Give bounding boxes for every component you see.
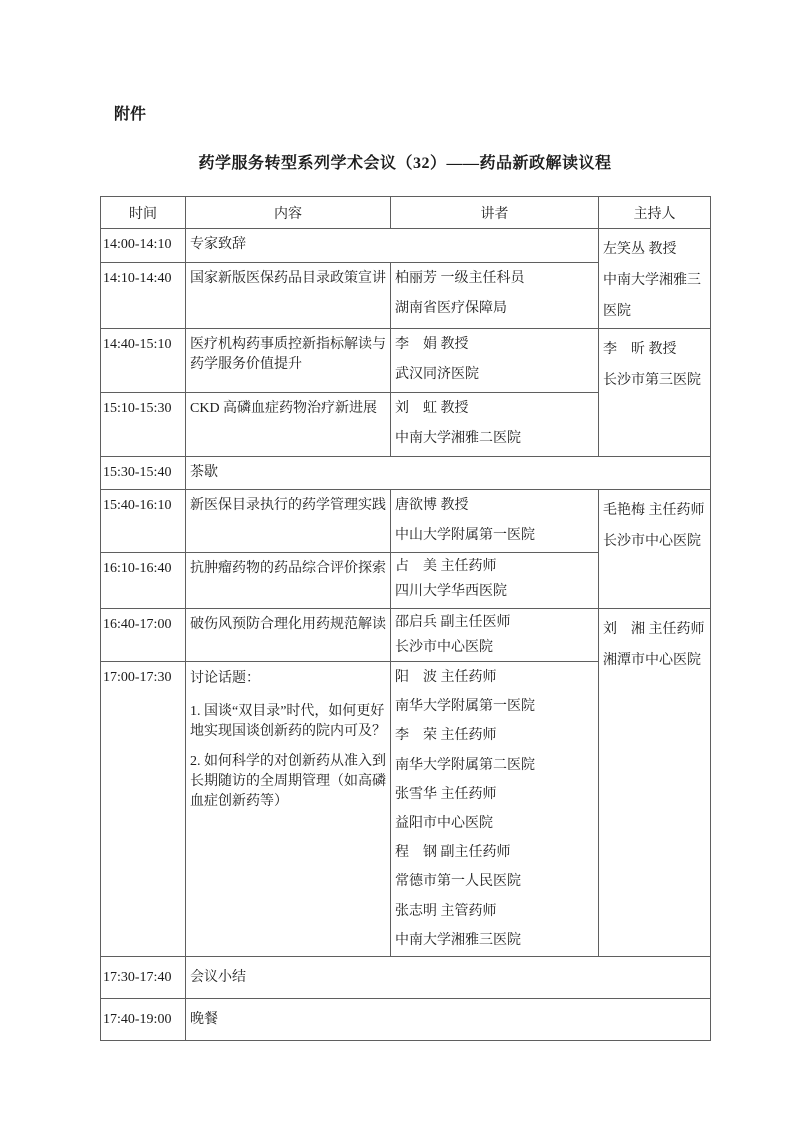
- time-cell: 14:40-15:10: [101, 329, 186, 393]
- host-cell: 毛艳梅 主任药师 长沙市中心医院: [599, 490, 711, 609]
- speaker-cell: 阳 波 主任药师 南华大学附属第一医院 李 荣 主任药师 南华大学附属第二医院 …: [391, 662, 599, 957]
- host-affiliation: 长沙市中心医院: [603, 526, 707, 557]
- discussion-label: 讨论话题：: [190, 663, 387, 692]
- speaker-affiliation: 长沙市中心医院: [395, 635, 595, 660]
- host-cell: 左笑丛 教授 中南大学湘雅三医院: [599, 229, 711, 329]
- speaker-name: 阳 波 主任药师: [395, 663, 595, 692]
- content-cell: 会议小结: [186, 957, 711, 999]
- speaker-cell: 唐欲博 教授 中山大学附属第一医院: [391, 490, 599, 553]
- time-cell: 15:10-15:30: [101, 393, 186, 457]
- table-row: 14:00-14:10 专家致辞 左笑丛 教授 中南大学湘雅三医院: [101, 229, 711, 263]
- time-cell: 16:10-16:40: [101, 553, 186, 609]
- time-cell: 16:40-17:00: [101, 609, 186, 662]
- table-header-row: 时间 内容 讲者 主持人: [101, 197, 711, 229]
- time-cell: 14:00-14:10: [101, 229, 186, 263]
- speaker-affiliation: 中南大学湘雅三医院: [395, 926, 595, 955]
- speaker-cell: 李 娟 教授 武汉同济医院: [391, 329, 599, 393]
- host-cell: 刘 湘 主任药师 湘潭市中心医院: [599, 609, 711, 957]
- header-speaker: 讲者: [391, 197, 599, 229]
- content-text: 医疗机构药事质控新指标解读与药学服务价值提升: [190, 330, 387, 375]
- speaker-cell: 刘 虹 教授 中南大学湘雅二医院: [391, 393, 599, 457]
- speaker-affiliation: 南华大学附属第二医院: [395, 751, 595, 780]
- speaker-name: 张雪华 主任药师: [395, 780, 595, 809]
- speaker-name: 唐欲博 教授: [395, 491, 595, 521]
- speaker-affiliation: 益阳市中心医院: [395, 809, 595, 838]
- speaker-cell: 占 美 主任药师 四川大学华西医院: [391, 553, 599, 609]
- speaker-name: 邵启兵 副主任医师: [395, 610, 595, 635]
- speaker-affiliation: 四川大学华西医院: [395, 579, 595, 604]
- speaker-affiliation: 中南大学湘雅二医院: [395, 424, 595, 454]
- content-cell: 讨论话题： 1. 国谈“双目录”时代，如何更好地实现国谈创新药的院内可及？ 2.…: [186, 662, 391, 957]
- speaker-affiliation: 常德市第一人民医院: [395, 867, 595, 896]
- time-cell: 15:40-16:10: [101, 490, 186, 553]
- time-cell: 17:00-17:30: [101, 662, 186, 957]
- speaker-cell: 邵启兵 副主任医师 长沙市中心医院: [391, 609, 599, 662]
- table-row: 15:40-16:10 新医保目录执行的药学管理实践 唐欲博 教授 中山大学附属…: [101, 490, 711, 553]
- host-affiliation: 长沙市第三医院: [603, 365, 707, 396]
- content-cell: CKD 高磷血症药物治疗新进展: [186, 393, 391, 457]
- time-cell: 15:30-15:40: [101, 457, 186, 490]
- speaker-affiliation: 中山大学附属第一医院: [395, 521, 595, 551]
- time-cell: 17:40-19:00: [101, 999, 186, 1041]
- content-cell: 专家致辞: [186, 229, 599, 263]
- content-cell: 茶歇: [186, 457, 711, 490]
- content-cell: 国家新版医保药品目录政策宣讲: [186, 263, 391, 329]
- host-affiliation: 湘潭市中心医院: [603, 645, 707, 676]
- topic-item: 2. 如何科学的对创新药从准入到长期随访的全周期管理（如高磷血症创新药等）: [190, 752, 387, 812]
- agenda-table: 时间 内容 讲者 主持人 14:00-14:10 专家致辞 左笑丛 教授 中南大…: [100, 196, 711, 1041]
- time-cell: 17:30-17:40: [101, 957, 186, 999]
- topic-item: 1. 国谈“双目录”时代，如何更好地实现国谈创新药的院内可及？: [190, 702, 387, 742]
- host-name: 李 昕 教授: [603, 334, 707, 365]
- host-cell: 李 昕 教授 长沙市第三医院: [599, 329, 711, 457]
- host-name: 刘 湘 主任药师: [603, 614, 707, 645]
- page-title: 药学服务转型系列学术会议（32）——药品新政解读议程: [100, 150, 710, 173]
- attachment-label: 附件: [114, 101, 146, 124]
- speaker-affiliation: 湖南省医疗保障局: [395, 294, 595, 324]
- host-name: 左笑丛 教授: [603, 234, 707, 265]
- content-cell: 破伤风预防合理化用药规范解读: [186, 609, 391, 662]
- content-cell: 晚餐: [186, 999, 711, 1041]
- table-row: 15:30-15:40 茶歇: [101, 457, 711, 490]
- speaker-name: 程 钢 副主任药师: [395, 838, 595, 867]
- content-cell: 医疗机构药事质控新指标解读与药学服务价值提升: [186, 329, 391, 393]
- speaker-name: 柏丽芳 一级主任科员: [395, 264, 595, 294]
- header-host: 主持人: [599, 197, 711, 229]
- host-affiliation: 中南大学湘雅三医院: [603, 265, 707, 327]
- time-cell: 14:10-14:40: [101, 263, 186, 329]
- speaker-name: 刘 虹 教授: [395, 394, 595, 424]
- content-cell: 抗肿瘤药物的药品综合评价探索: [186, 553, 391, 609]
- speaker-affiliation: 武汉同济医院: [395, 360, 595, 390]
- content-cell: 新医保目录执行的药学管理实践: [186, 490, 391, 553]
- host-name: 毛艳梅 主任药师: [603, 495, 707, 526]
- table-row: 16:40-17:00 破伤风预防合理化用药规范解读 邵启兵 副主任医师 长沙市…: [101, 609, 711, 662]
- table-row: 17:40-19:00 晚餐: [101, 999, 711, 1041]
- header-content: 内容: [186, 197, 391, 229]
- speaker-name: 张志明 主管药师: [395, 897, 595, 926]
- speaker-cell: 柏丽芳 一级主任科员 湖南省医疗保障局: [391, 263, 599, 329]
- speaker-name: 占 美 主任药师: [395, 554, 595, 579]
- speaker-name: 李 荣 主任药师: [395, 721, 595, 750]
- header-time: 时间: [101, 197, 186, 229]
- speaker-name: 李 娟 教授: [395, 330, 595, 360]
- speaker-affiliation: 南华大学附属第一医院: [395, 692, 595, 721]
- table-row: 17:30-17:40 会议小结: [101, 957, 711, 999]
- table-row: 14:40-15:10 医疗机构药事质控新指标解读与药学服务价值提升 李 娟 教…: [101, 329, 711, 393]
